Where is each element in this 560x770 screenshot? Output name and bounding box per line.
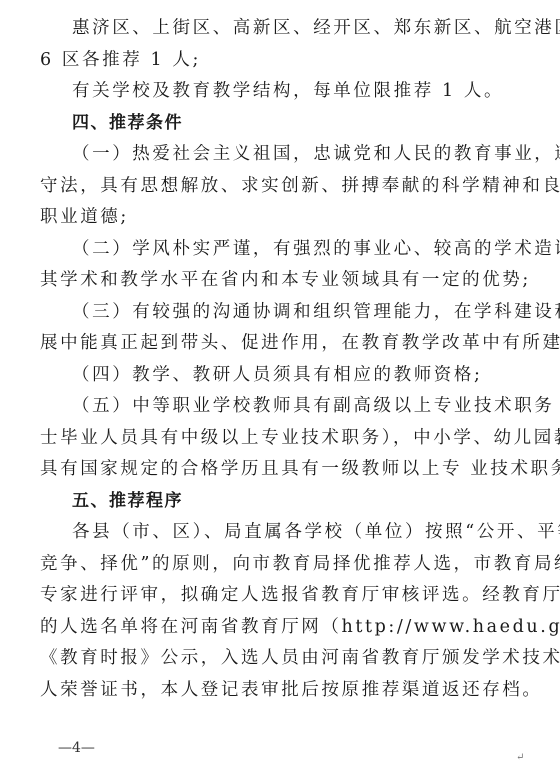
paragraph-mark-icon: ↵ (516, 752, 524, 763)
document-page: 惠济区、上街区、高新区、经开区、郑东新区、航空港区等 6 区各推荐 1 人; 有… (0, 0, 560, 770)
body-text-line: 守法，具有思想解放、求实创新、拼搏奉献的科学精神和良好的 (40, 175, 560, 197)
page-number: —4— (58, 740, 95, 756)
section-heading-4: 四、推荐条件 (72, 112, 183, 134)
section-heading-5: 五、推荐程序 (72, 490, 183, 512)
body-text-line: 竞争、择优”的原则，向市教育局择优推荐人选，市教育局组织 (40, 553, 560, 575)
body-text-line: 的人选名单将在河南省教育厅网（http://www.haedu.gov.cn）和 (40, 616, 560, 638)
body-text-line: 其学术和教学水平在省内和本专业领域具有一定的优势; (40, 269, 531, 291)
body-text-line: 6 区各推荐 1 人; (40, 49, 201, 71)
body-text-line: 专家进行评审，拟确定人选报省教育厅审核评选。经教育厅确定 (40, 584, 560, 606)
body-text-line: （二）学风朴实严谨，有强烈的事业心、较高的学术造诣， (72, 238, 560, 260)
body-text-line: （一）热爱社会主义祖国，忠诚党和人民的教育事业，遵纪 (72, 143, 560, 165)
body-text-line: 具有国家规定的合格学历且具有一级教师以上专 业技术职务。 (40, 458, 560, 480)
body-text-line: （三）有较强的沟通协调和组织管理能力，在学科建设和发 (72, 301, 560, 323)
body-text-line: 展中能真正起到带头、促进作用，在教育教学改革中有所建树; (40, 332, 560, 354)
body-text-line: （四）教学、教研人员须具有相应的教师资格; (72, 364, 483, 386)
body-text-line: 惠济区、上街区、高新区、经开区、郑东新区、航空港区等 (72, 17, 560, 39)
body-text-line: 《教育时报》公示，入选人员由河南省教育厅颁发学术技术带头 (40, 647, 560, 669)
body-text-line: 各县（市、区）、局直属各学校（单位）按照“公开、平等、 (72, 521, 560, 543)
body-text-line: 士毕业人员具有中级以上专业技术职务），中小学、幼儿园教师 (40, 427, 560, 449)
body-text-line: 有关学校及教育教学结构，每单位限推荐 1 人。 (72, 80, 504, 102)
body-text-line: 人荣誉证书，本人登记表审批后按原推荐渠道返还存档。 (40, 679, 543, 701)
body-text-line: （五）中等职业学校教师具有副高级以上专业技术职务（硕 (72, 395, 560, 417)
body-text-line: 职业道德; (40, 206, 129, 228)
